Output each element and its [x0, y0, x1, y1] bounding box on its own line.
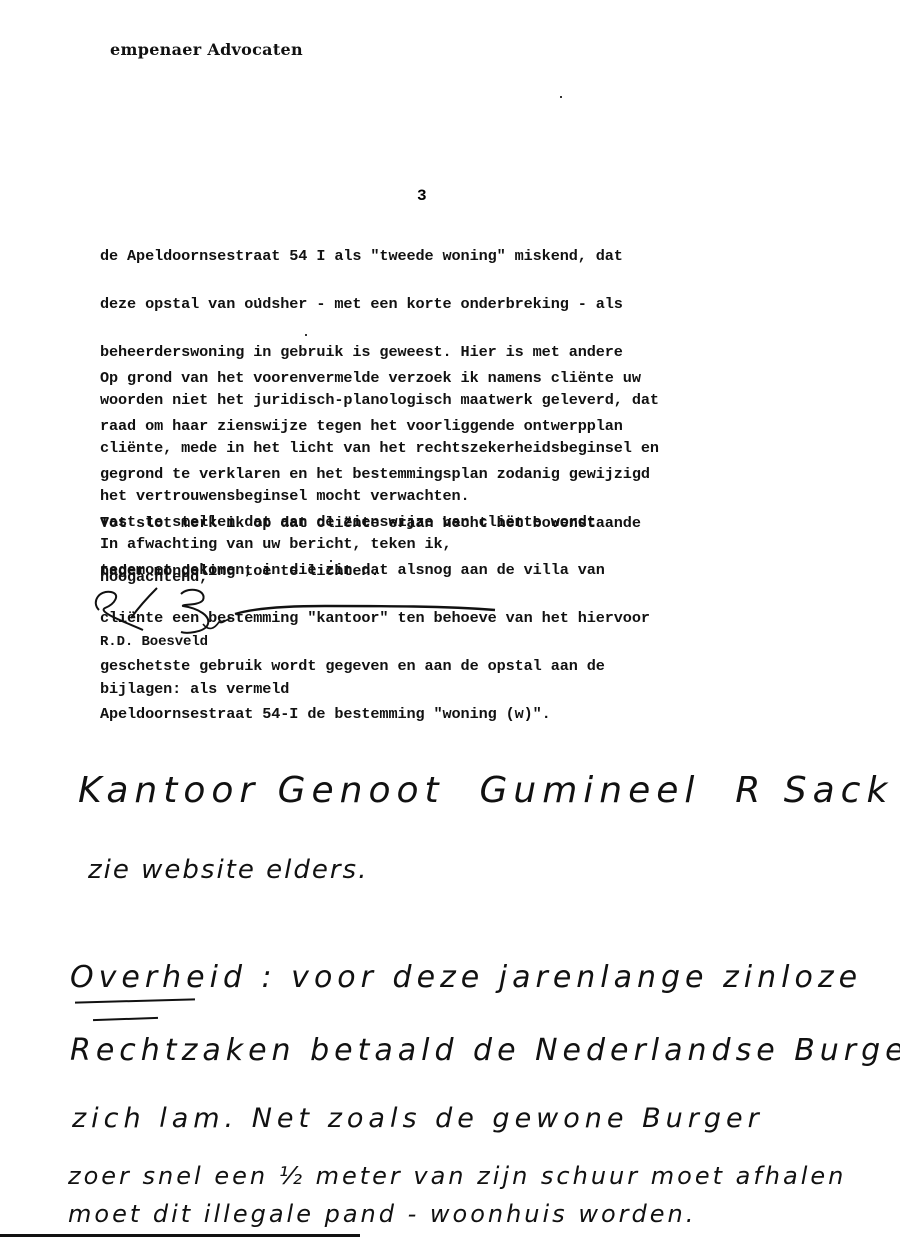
handwritten-underline: [93, 1017, 158, 1021]
text-line: geschetste gebruik wordt gegeven en aan …: [100, 658, 650, 674]
text-line: Apeldoornsestraat 54-I de bestemming "wo…: [100, 706, 650, 722]
scan-speck: [305, 334, 307, 336]
scan-speck: [258, 298, 260, 300]
scan-speck: [330, 560, 332, 562]
text-line: Op grond van het voorenvermelde verzoek …: [100, 370, 650, 386]
scan-edge-line: [0, 1234, 360, 1237]
handwritten-signature: [85, 582, 505, 642]
signer-name: R.D. Boesveld: [100, 634, 208, 650]
handwritten-note: zich lam. Net zoals de gewone Burger: [72, 1103, 764, 1134]
handwritten-note: Kantoor Genoot Gumineel R Sack: [78, 770, 893, 811]
closing-line: In afwachting van uw bericht, teken ik,: [100, 536, 452, 552]
scan-speck: [560, 96, 562, 98]
text-line: raad om haar zienswijze tegen het voorli…: [100, 418, 650, 434]
handwritten-note: moet dit illegale pand - woonhuis worden…: [68, 1200, 696, 1228]
text-line: Tot slot merk ik op dat cliënte eraan he…: [100, 515, 641, 531]
text-line: gegrond te verklaren en het bestemmingsp…: [100, 466, 650, 482]
scanned-letter-page: empenaer Advocaten 3 de Apeldoornsestraa…: [0, 0, 900, 1238]
text-line: de Apeldoornsestraat 54 I als "tweede wo…: [100, 248, 659, 264]
handwritten-underline: [75, 998, 195, 1003]
handwritten-note: Overheid : voor deze jarenlange zinloze: [70, 960, 862, 995]
attachments-note: bijlagen: als vermeld: [100, 681, 289, 697]
handwritten-note: Rechtzaken betaald de Nederlandse Burger: [70, 1033, 900, 1068]
handwritten-note: zoer snel een ½ meter van zijn schuur mo…: [68, 1162, 846, 1190]
handwritten-note: zie website elders.: [88, 855, 368, 885]
text-line: deze opstal van oudsher - met een korte …: [100, 296, 659, 312]
letterhead: empenaer Advocaten: [110, 40, 303, 59]
page-number: 3: [417, 187, 427, 205]
